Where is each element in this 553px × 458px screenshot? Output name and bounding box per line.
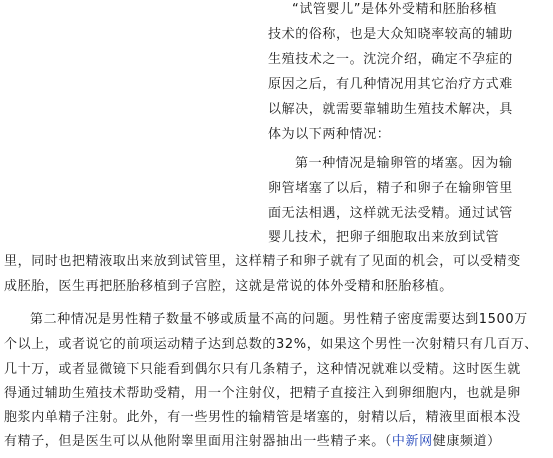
paragraph-2-line-2: 卵管堵塞了以后，精子和卵子在输卵管里 <box>268 181 513 197</box>
paragraph-2-line-3: 面无法相遇，这样就无法受精。通过试管 <box>268 206 513 222</box>
paragraph-1-line-2: 技术的俗称，也是大众知晓率较高的辅助 <box>268 27 513 43</box>
source-link[interactable]: 中新网 <box>392 434 433 449</box>
paragraph-3-line-4: 得通过辅助生殖技术帮助受精，用一个注射仪，把精子直接注入到卵细胞内，也就是卵 <box>4 386 521 402</box>
paragraph-1-line-1: “试管婴儿”是体外受精和胚胎移植 <box>292 2 497 18</box>
paragraph-1-line-4: 原因之后，有几种情况用其它治疗方式难 <box>268 77 513 93</box>
paragraph-2-line-5: 里，同时也把精液取出来放到试管里，这样精子和卵子就有了见面的机会，可以受精变 <box>4 254 521 270</box>
paragraph-1-line-3: 生殖技术之一。沈浣介绍，确定不孕症的 <box>268 52 513 68</box>
paragraph-3-line-2: 个以上，或者说它的前项运动精子达到总数的32%，如果这个男性一次射精只有几百万、 <box>4 337 538 353</box>
paragraph-3-line-3: 几十万，或者显微镜下只能看到偶尔只有几条精子，这种情况就难以受精。这时医生就 <box>4 362 521 378</box>
paragraph-3-line-1: 第二种情况是男性精子数量不够或质量不高的问题。男性精子密度需要达到1500万 <box>30 312 528 328</box>
paragraph-3-line-5: 胞浆内单精子注射。此外，有一些男性的输精管是堵塞的，射精以后，精液里面根本没 <box>4 410 521 426</box>
paragraph-2-line-1: 第一种情况是输卵管的堵塞。因为输 <box>295 156 513 172</box>
paragraph-2-line-4: 婴儿技术，把卵子细胞取出来放到试管 <box>268 230 499 246</box>
paragraph-2-line-6: 成胚胎，医生再把胚胎移植到子宫腔，这就是常说的体外受精和胚胎移植。 <box>4 279 453 295</box>
paragraph-1-line-6: 体为以下两种情况： <box>268 127 390 143</box>
paragraph-3-line-6: 有精子，但是医生可以从他附睾里面用注射器抽出一些精子来。（中新网健康频道） <box>4 434 501 450</box>
paragraph-3-line-6-text: 有精子，但是医生可以从他附睾里面用注射器抽出一些精子来。（ <box>4 434 392 449</box>
image-float-area <box>0 0 262 245</box>
paragraph-1-line-5: 以解决，就需要靠辅助生殖技术解决，具 <box>268 102 513 118</box>
source-suffix: 健康频道） <box>433 434 501 449</box>
